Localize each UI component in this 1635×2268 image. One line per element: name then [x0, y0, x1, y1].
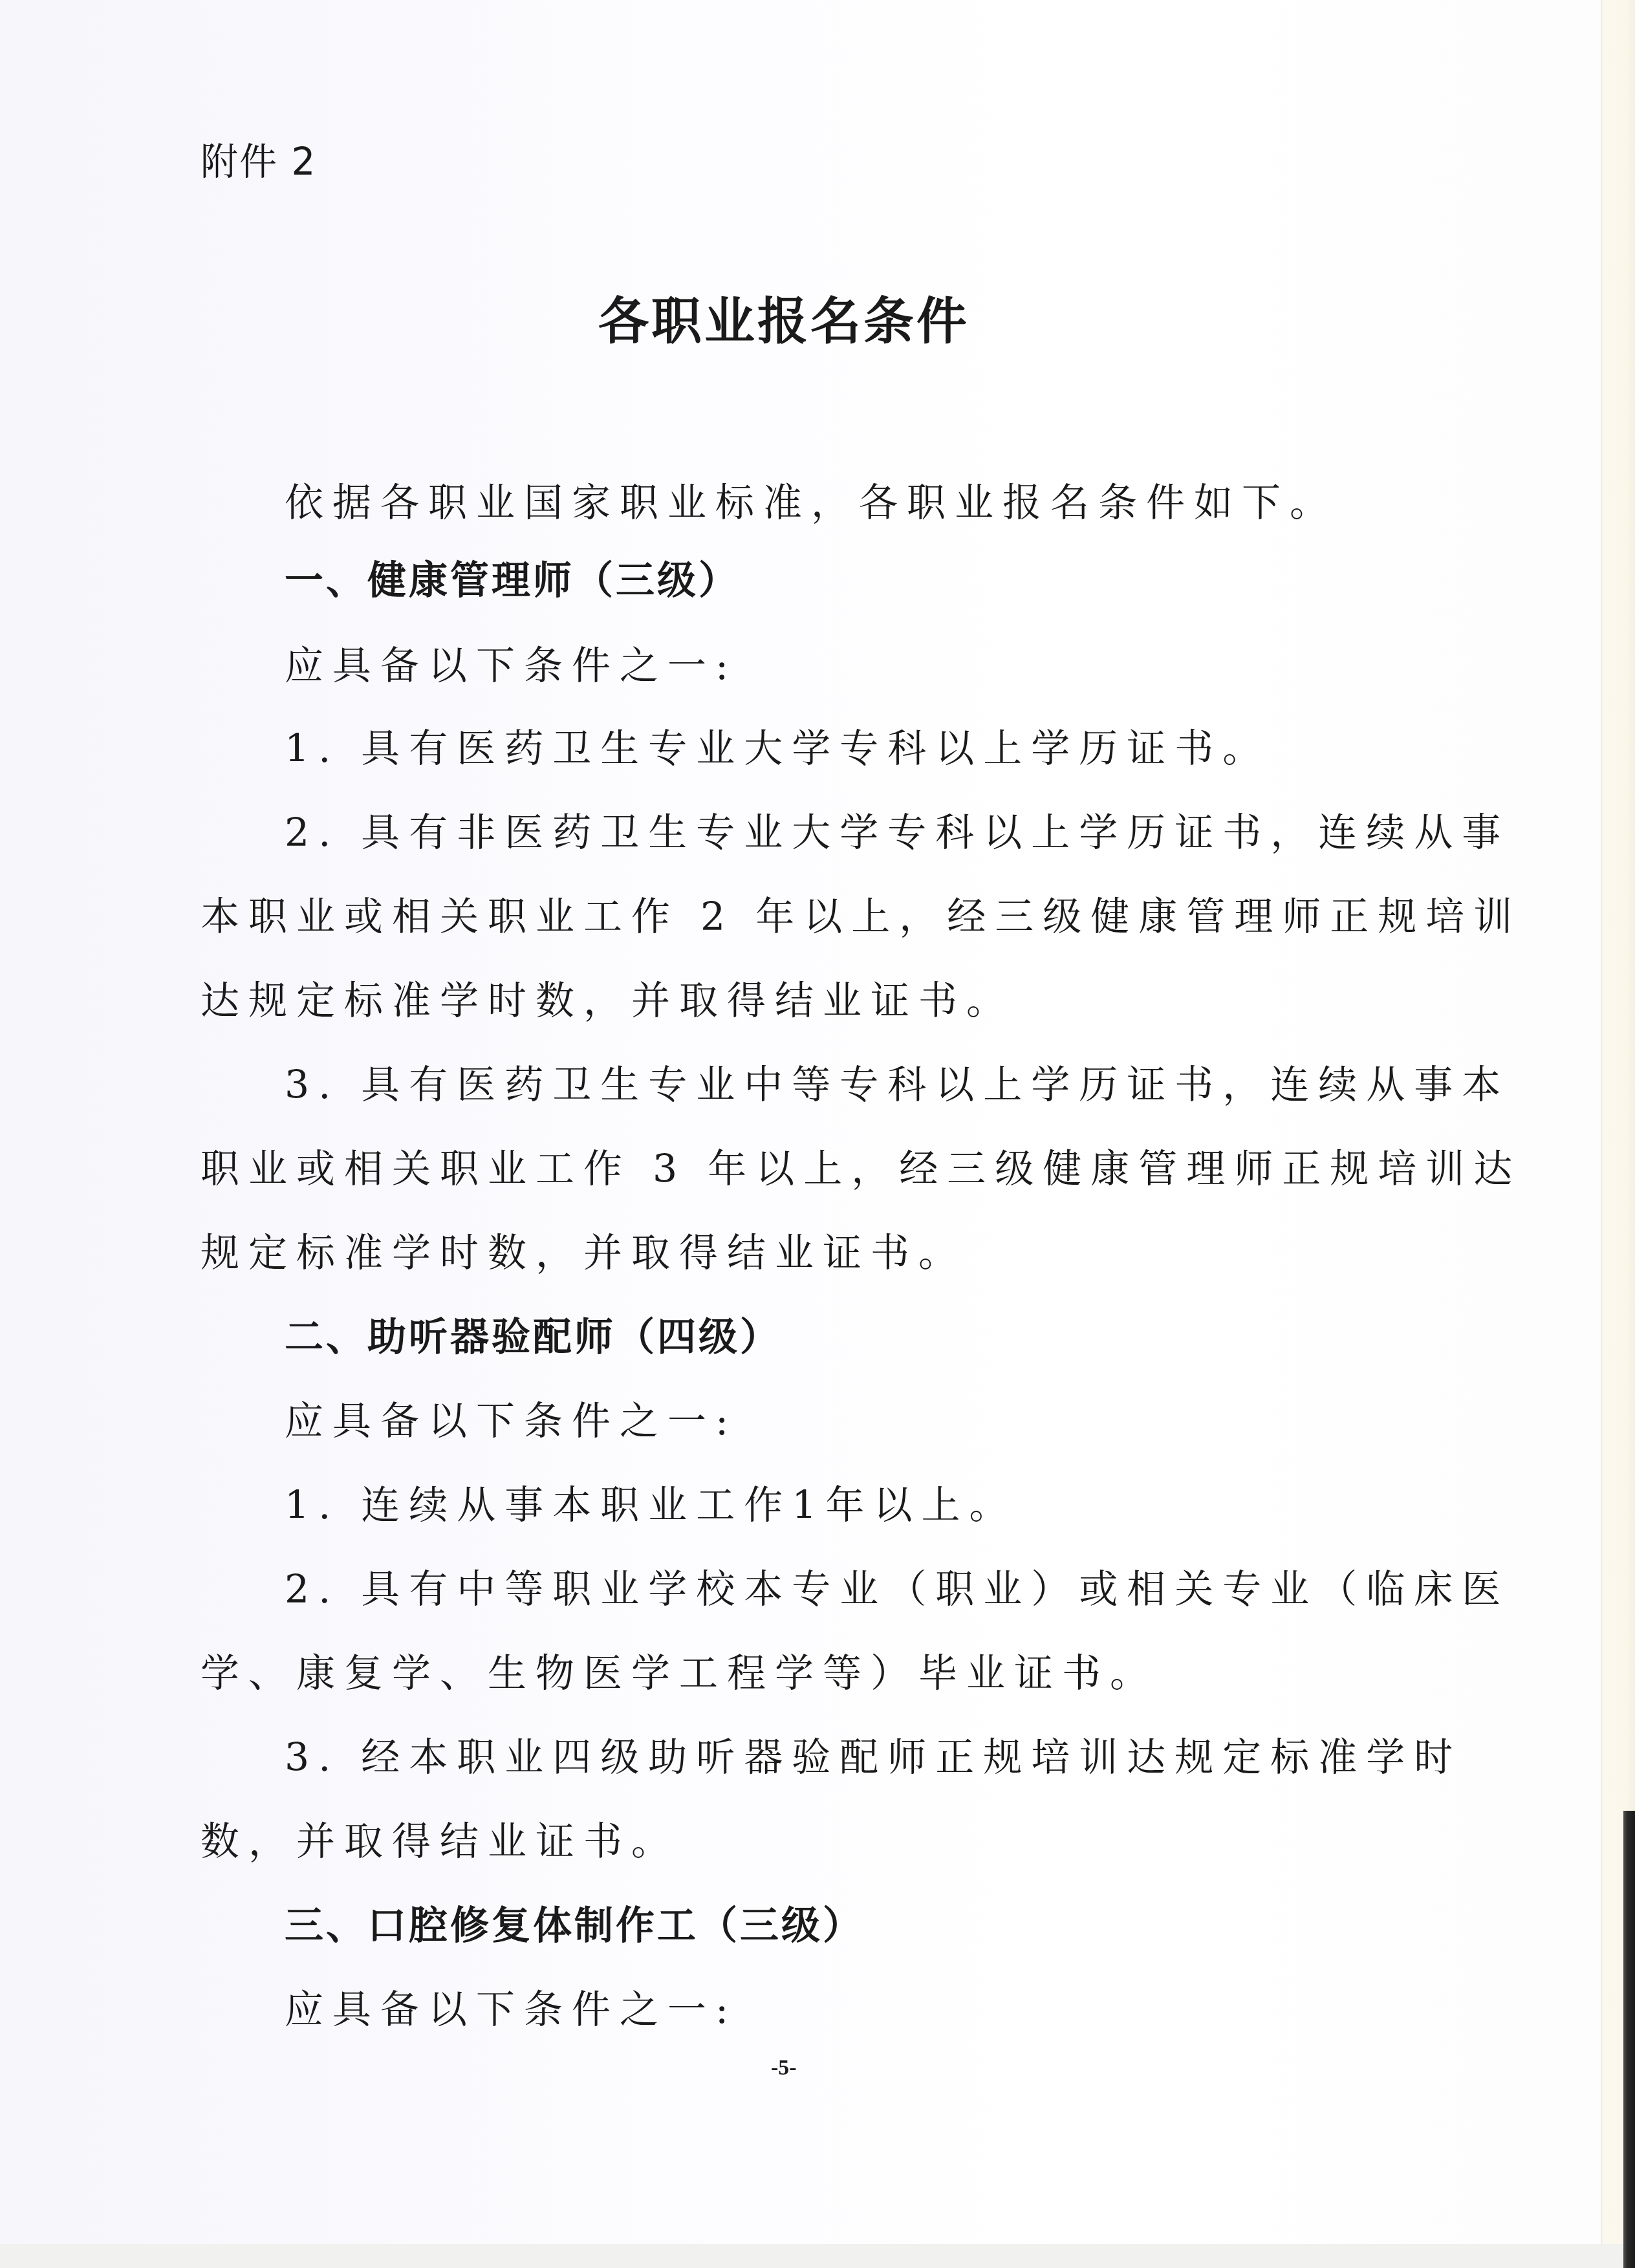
page-number: -5- [771, 2042, 797, 2094]
section-1-item-3-line-3: 规定标准学时数，并取得结业证书。 [200, 1227, 966, 1279]
section-1-item-2-line-1: 2. 具有非医药卫生专业大学专科以上学历证书，连续从事 [285, 807, 1510, 859]
section-2-item-3-line-1: 3. 经本职业四级助听器验配师正规培训达规定标准学时 [285, 1732, 1462, 1784]
section-2-item-3-line-2: 数，并取得结业证书。 [200, 1816, 679, 1868]
scan-bottom-edge [0, 2244, 1623, 2268]
section-2-item-2-line-1: 2. 具有中等职业学校本专业（职业）或相关专业（临床医 [285, 1564, 1510, 1615]
section-1-item-3-line-2: 职业或相关职业工作 3 年以上，经三级健康管理师正规培训达 [200, 1143, 1521, 1195]
section-1-heading: 一、健康管理师（三级） [285, 555, 740, 607]
section-3-heading: 三、口腔修复体制作工（三级） [285, 1900, 864, 1952]
section-3-lead: 应具备以下条件之一: [285, 1984, 737, 2036]
section-2-item-2-line-2: 学、康复学、生物医学工程学等）毕业证书。 [200, 1648, 1158, 1700]
section-1-item-2-line-2: 本职业或相关职业工作 2 年以上，经三级健康管理师正规培训 [200, 891, 1521, 943]
section-2-item-1: 1. 连续从事本职业工作1年以上。 [285, 1480, 1017, 1531]
intro-paragraph: 依据各职业国家职业标准，各职业报名条件如下。 [285, 477, 1337, 529]
section-2-lead: 应具备以下条件之一: [285, 1396, 737, 1447]
scan-edge-shadow [1623, 1811, 1635, 2268]
section-1-item-3-line-1: 3. 具有医药卫生专业中等专科以上学历证书，连续从事本 [285, 1059, 1510, 1111]
section-1-item-1: 1. 具有医药卫生专业大学专科以上学历证书。 [285, 723, 1270, 775]
document-title: 各职业报名条件 [598, 296, 969, 348]
section-2-heading: 二、助听器验配师（四级） [285, 1312, 781, 1363]
section-1-lead: 应具备以下条件之一: [285, 640, 737, 692]
section-1-item-2-line-3: 达规定标准学时数，并取得结业证书。 [200, 975, 1014, 1027]
attachment-label: 附件 2 [200, 136, 316, 188]
